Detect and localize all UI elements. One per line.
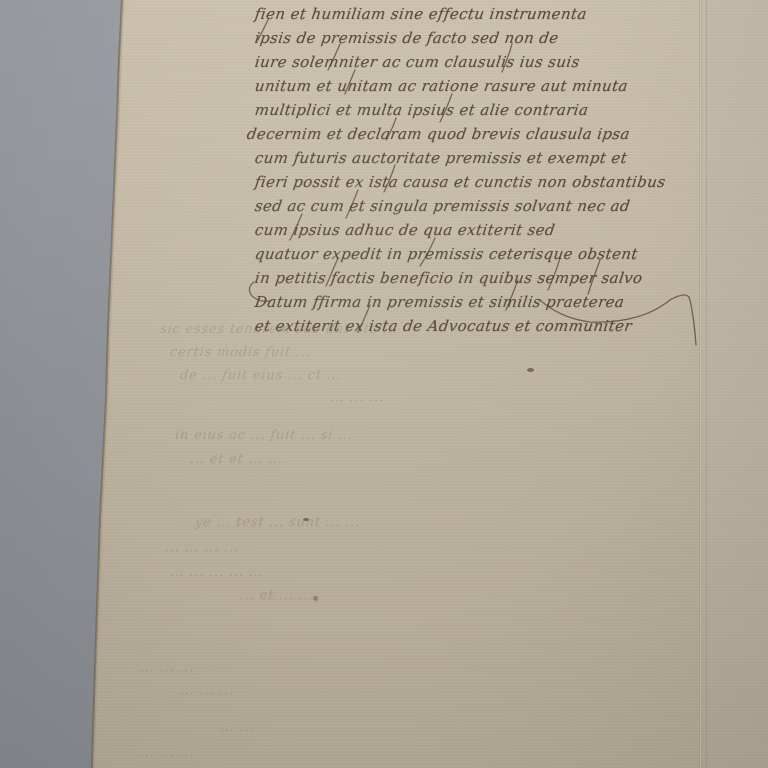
adjacent-page-strip bbox=[700, 0, 768, 768]
manuscript-line: in petitis factis beneficio in quibus se… bbox=[253, 266, 701, 290]
manuscript-line: fieri possit ex ista causa et cunctis no… bbox=[253, 170, 701, 194]
manuscript-photo: sic esses tenorem sub dat etc ... certis… bbox=[0, 0, 768, 768]
bleed-line: in eius ac ... fuit ... si ... bbox=[174, 428, 354, 443]
bleed-line: ye ... test ... sunt ... ... bbox=[194, 515, 361, 530]
manuscript-line: fien et humiliam sine effectu instrument… bbox=[253, 2, 701, 26]
manuscript-line: ipsis de premissis de facto sed non de bbox=[253, 26, 701, 50]
manuscript-line: iure solemniter ac cum clausulis ius sui… bbox=[253, 50, 701, 74]
manuscript-line: cum ipsius adhuc de qua extiterit sed bbox=[253, 218, 701, 242]
manuscript-line: unitum et unitam ac ratione rasure aut m… bbox=[253, 74, 701, 98]
manuscript-line: cum futuris auctoritate premissis et exe… bbox=[253, 146, 701, 170]
manuscript-line: quatuor expedit in premissis ceterisque … bbox=[253, 242, 701, 266]
bleed-line: ... et et ... ... bbox=[189, 452, 284, 467]
bleed-line: ... ... ... bbox=[329, 390, 385, 405]
bleed-line: de ... fuit eius ... ct ... bbox=[179, 368, 342, 383]
manuscript-line: Datum ffirma in premissis et similis pra… bbox=[253, 290, 701, 314]
bleed-line: ... ... ... ... ... bbox=[169, 565, 264, 580]
bleed-line: ... ... ... ... bbox=[164, 540, 240, 555]
page-fold-secondary bbox=[706, 0, 707, 768]
manuscript-line: sed ac cum et singula premissis solvant … bbox=[253, 194, 701, 218]
manuscript-line: multiplici et multa ipsius et alie contr… bbox=[253, 98, 701, 122]
manuscript-line: et extiterit ex ista de Advocatus et com… bbox=[253, 314, 701, 338]
bleed-line: certis modis fuit ... bbox=[169, 345, 311, 360]
bleed-line: ... ... ... bbox=[139, 660, 195, 675]
ink-blot bbox=[527, 368, 534, 372]
handwritten-text-block: fien et humiliam sine effectu instrument… bbox=[255, 0, 700, 338]
bleed-line: ... ... ... bbox=[179, 683, 235, 698]
bleed-line: ... ... ... bbox=[139, 745, 195, 760]
ink-blot bbox=[313, 596, 318, 601]
bleed-line: ... et ... ... bbox=[239, 588, 314, 603]
ink-blot bbox=[303, 518, 309, 521]
bleed-line: ... ... bbox=[219, 720, 255, 735]
manuscript-line: decernim et declaram quod brevis clausul… bbox=[245, 122, 701, 146]
